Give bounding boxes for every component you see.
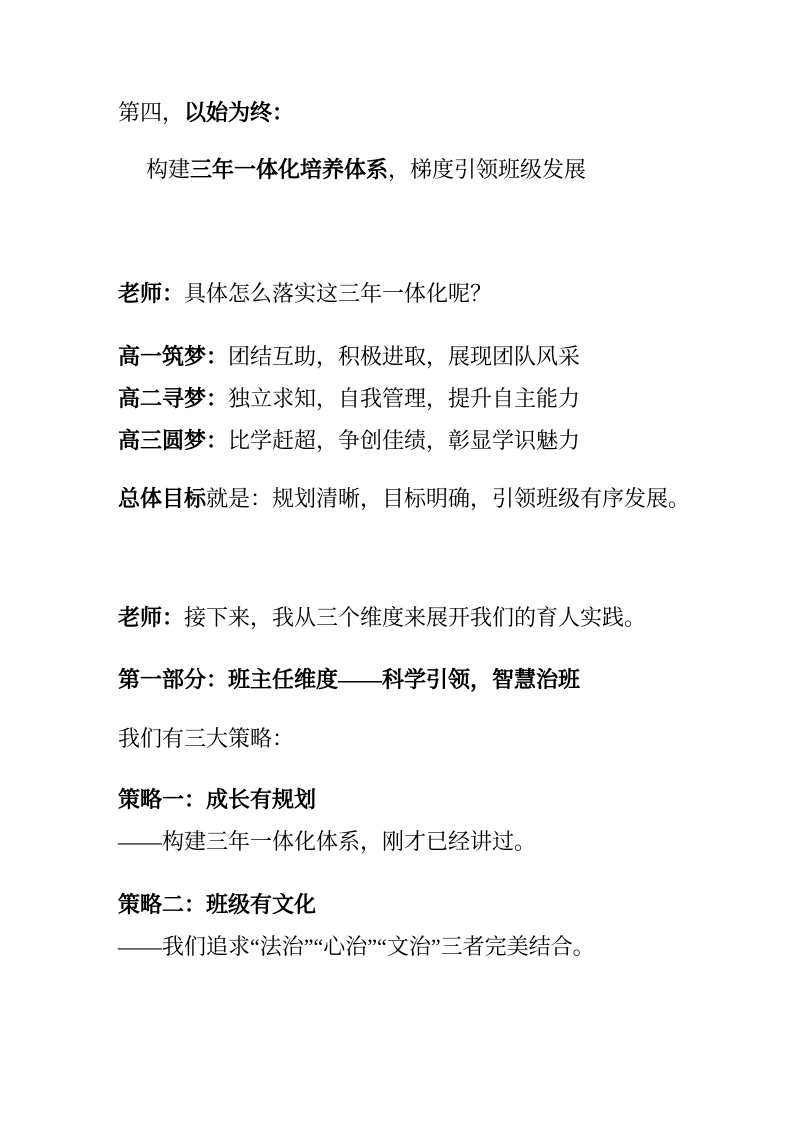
- text-run: 策略二：班级有文化: [118, 892, 316, 917]
- strategy1-description: ——构建三年一体化体系，刚才已经讲过。: [118, 821, 705, 863]
- strategy2-description: ——我们追求“法治”“心治”“文治”三者完美结合。: [118, 926, 705, 968]
- text-run: 比学赶超，争创佳绩，彰显学识魅力: [228, 428, 580, 453]
- part1-heading: 第一部分：班主任维度——科学引领，智慧治班: [118, 659, 705, 701]
- grade2-goal-line: 高二寻梦：独立求知，自我管理，提升自主能力: [118, 378, 705, 420]
- text-run: 总体目标: [118, 486, 206, 511]
- text-run: 三年一体化培养体系: [190, 157, 388, 182]
- teacher-transition: 老师：接下来，我从三个维度来展开我们的育人实践。: [118, 597, 705, 639]
- text-run: 高三圆梦：: [118, 428, 228, 453]
- text-run: 独立求知，自我管理，提升自主能力: [228, 386, 580, 411]
- text-run: 具体怎么落实这三年一体化呢？: [184, 281, 492, 306]
- strategy2-heading: 策略二：班级有文化: [118, 884, 705, 926]
- text-run: 接下来，我从三个维度来展开我们的育人实践。: [184, 605, 646, 630]
- document-page: 第四，以始为终： 构建三年一体化培养体系，梯度引领班级发展 老师：具体怎么落实这…: [0, 0, 793, 1122]
- text-run: 策略一：成长有规划: [118, 787, 316, 812]
- text-run: 第四，: [118, 100, 184, 125]
- text-run: 老师：: [118, 281, 184, 306]
- heading-fourth-point: 第四，以始为终：: [118, 92, 705, 134]
- text-run: 高二寻梦：: [118, 386, 228, 411]
- text-run: 以始为终：: [184, 100, 294, 125]
- text-run: 我们有三大策略：: [118, 726, 294, 751]
- text-run: 老师：: [118, 605, 184, 630]
- overall-goal-line: 总体目标就是：规划清晰，目标明确，引领班级有序发展。: [118, 478, 705, 520]
- text-run: 第一部分：班主任维度——科学引领，智慧治班: [118, 667, 580, 692]
- text-run: ，梯度引领班级发展: [388, 157, 586, 182]
- grade3-goal-line: 高三圆梦：比学赶超，争创佳绩，彰显学识魅力: [118, 420, 705, 462]
- text-run: 构建: [146, 157, 190, 182]
- text-run: 就是：规划清晰，目标明确，引领班级有序发展。: [206, 486, 690, 511]
- text-run: 高一筑梦：: [118, 344, 228, 369]
- teacher-question: 老师：具体怎么落实这三年一体化呢？: [118, 273, 705, 315]
- grade1-goal-line: 高一筑梦：团结互助，积极进取，展现团队风采: [118, 336, 705, 378]
- strategies-intro: 我们有三大策略：: [118, 718, 705, 760]
- subtitle-line: 构建三年一体化培养体系，梯度引领班级发展: [118, 149, 705, 191]
- strategy1-heading: 策略一：成长有规划: [118, 779, 705, 821]
- text-run: ——我们追求“法治”“心治”“文治”三者完美结合。: [118, 934, 595, 959]
- text-run: ——构建三年一体化体系，刚才已经讲过。: [118, 829, 536, 854]
- text-run: 团结互助，积极进取，展现团队风采: [228, 344, 580, 369]
